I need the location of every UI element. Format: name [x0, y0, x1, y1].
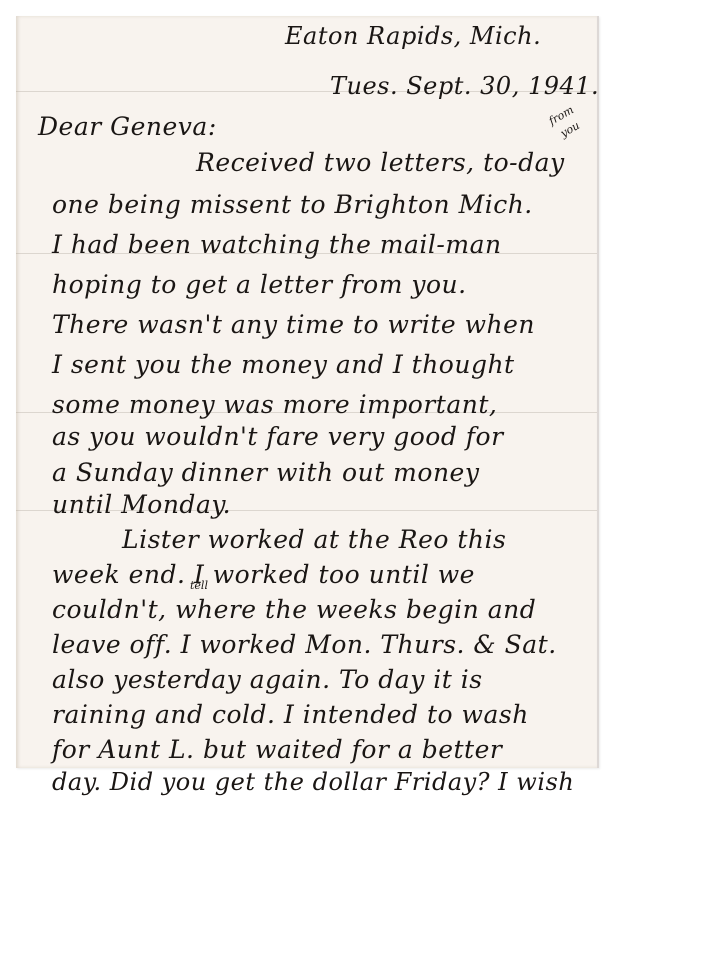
letter-line: Lister worked at the Reo this — [122, 525, 506, 554]
letter-line: for Aunt L. but waited for a better — [52, 735, 502, 764]
letter-line: some money was more important, — [52, 390, 497, 419]
letter-line: Received two letters, to-day — [196, 148, 565, 177]
letter-line: until Monday. — [52, 490, 231, 519]
letter-date: Tues. Sept. 30, 1941. — [330, 72, 599, 100]
letter-line: day. Did you get the dollar Friday? I wi… — [52, 768, 574, 796]
letter-line: one being missent to Brighton Mich. — [52, 190, 533, 219]
letter-line: hoping to get a letter from you. — [52, 270, 467, 299]
letter-line: as you wouldn't fare very good for — [52, 422, 504, 451]
letter-line: couldn't, where the weeks begin and — [52, 595, 536, 624]
letter-salutation: Dear Geneva: — [38, 112, 217, 141]
letter-place: Eaton Rapids, Mich. — [285, 22, 541, 50]
letter-line: I sent you the money and I thought — [52, 350, 515, 379]
letter-line: I had been watching the mail-man — [52, 230, 502, 259]
letter-line: a Sunday dinner with out money — [52, 458, 479, 487]
letter-line: There wasn't any time to write when — [52, 310, 535, 339]
letter-line: leave off. I worked Mon. Thurs. & Sat. — [52, 630, 557, 659]
letter-line: also yesterday again. To day it is — [52, 665, 483, 694]
letter-line: raining and cold. I intended to wash — [52, 700, 529, 729]
letter-line: week end. I worked too until we — [52, 560, 475, 589]
insert-tell: tell — [190, 580, 208, 591]
